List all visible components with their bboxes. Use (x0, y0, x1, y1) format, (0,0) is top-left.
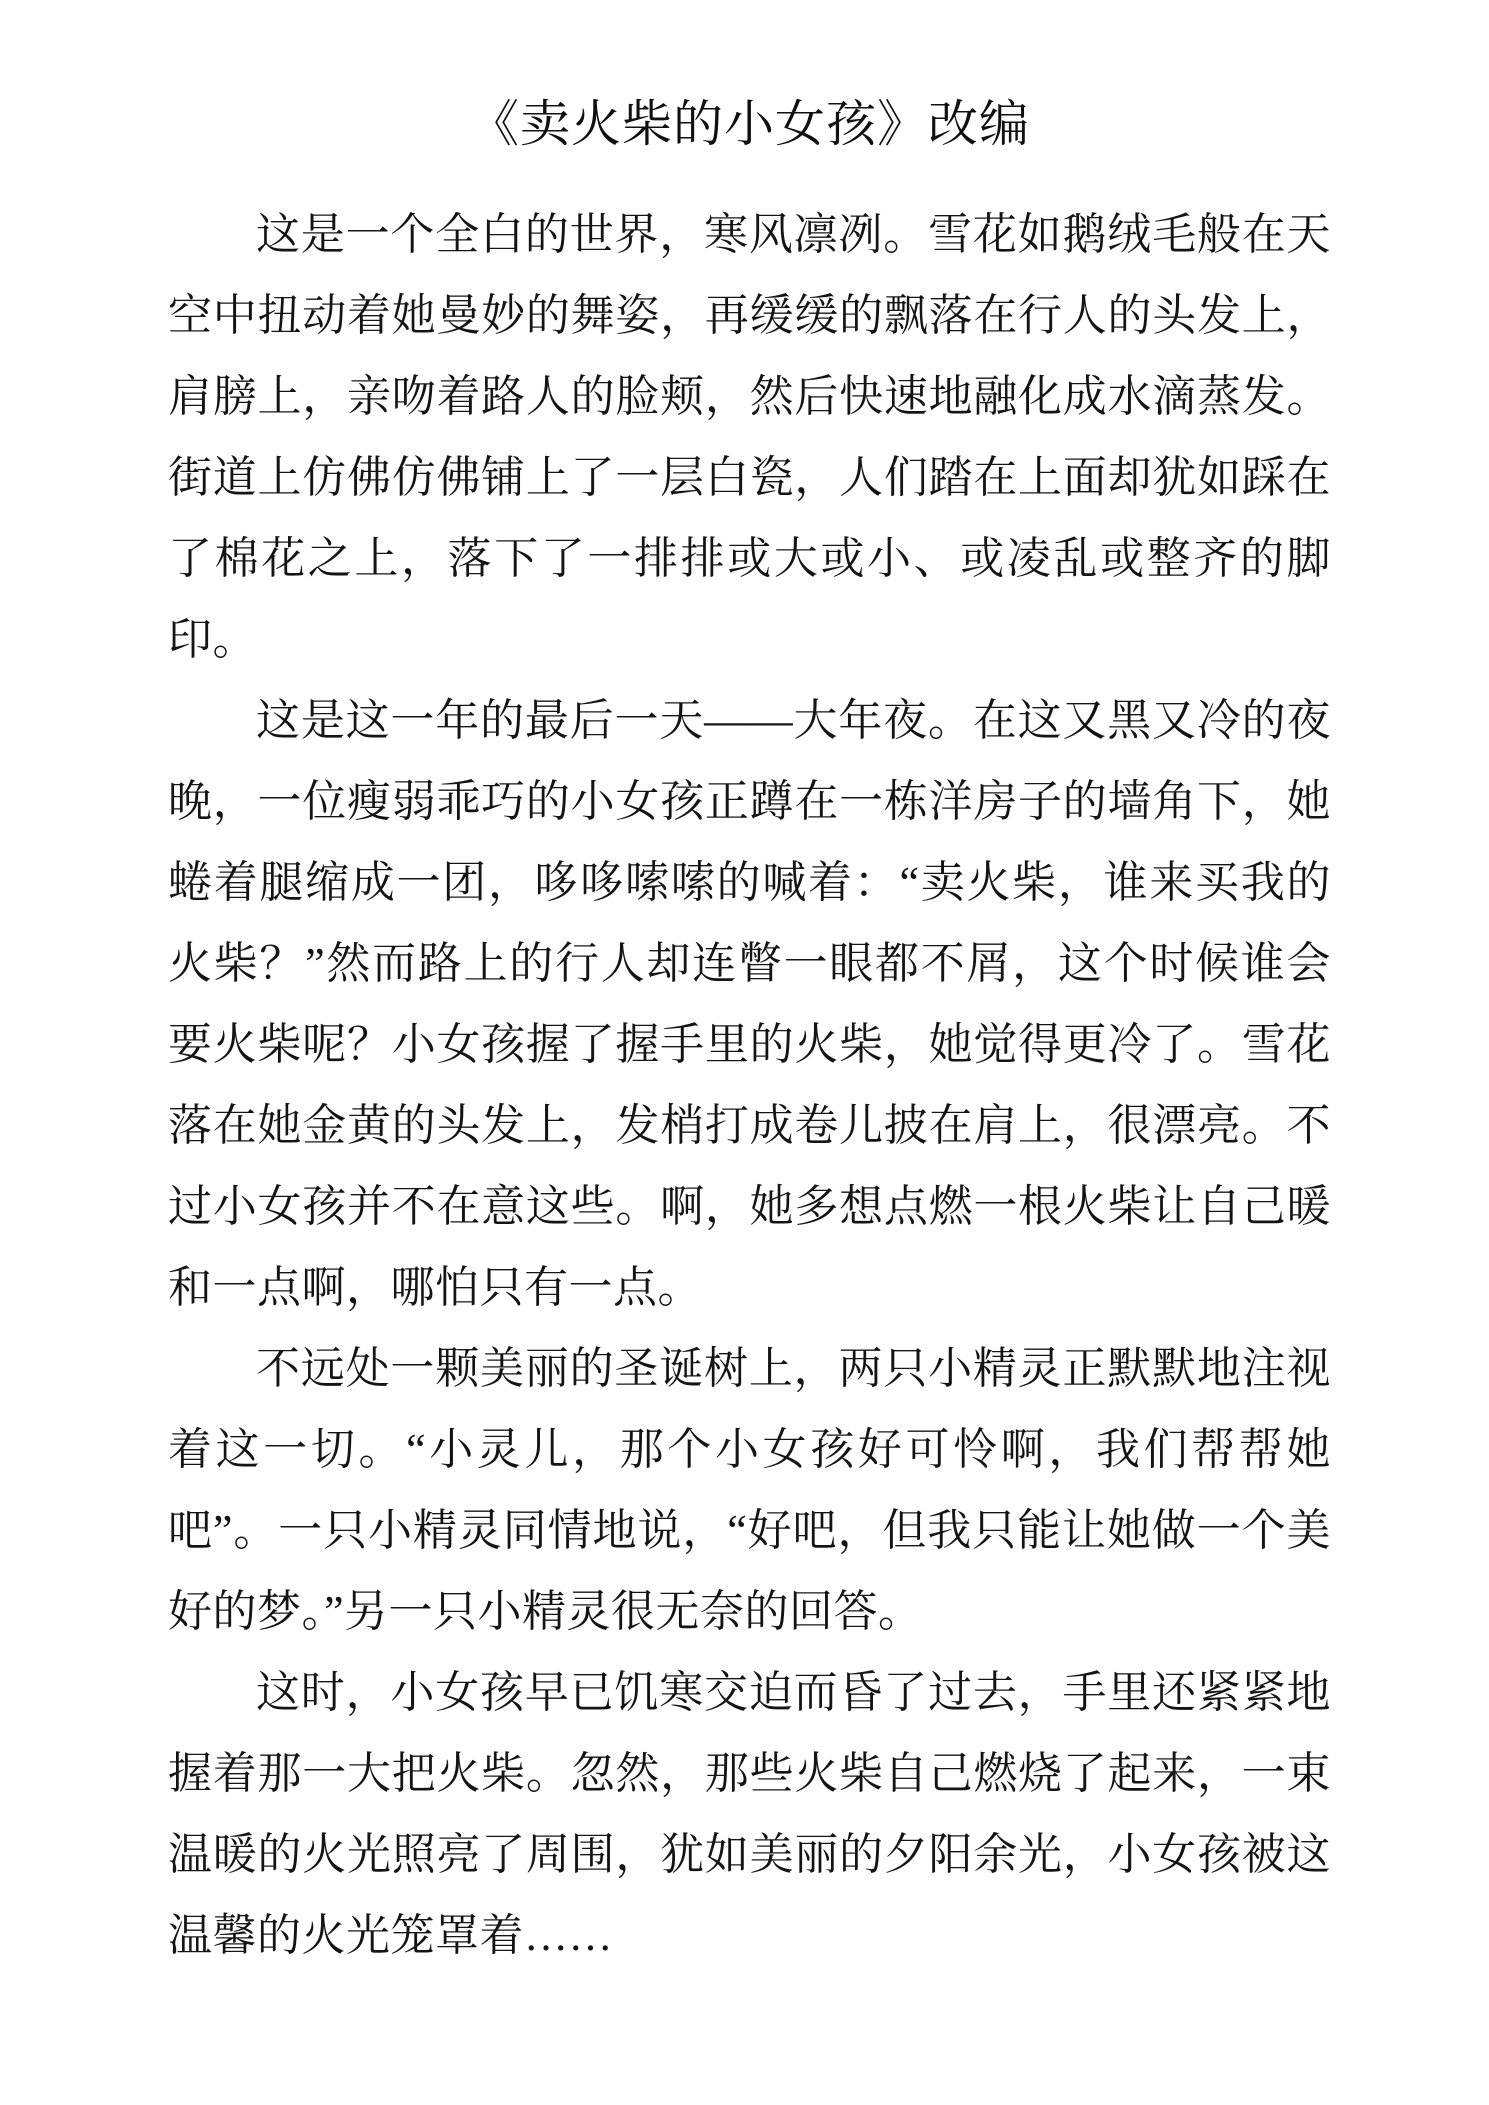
story-paragraph: 不远处一颗美丽的圣诞树上，两只小精灵正默默地注视着这一切。“小灵儿，那个小女孩好… (168, 1328, 1331, 1652)
story-paragraph: 这时，小女孩早已饥寒交迫而昏了过去，手里还紧紧地握着那一大把火柴。忽然，那些火柴… (168, 1652, 1331, 1976)
document-page: 《卖火柴的小女孩》改编 这是一个全白的世界，寒风凛冽。雪花如鹅绒毛般在天空中扭动… (0, 0, 1489, 2105)
story-paragraph: 这是这一年的最后一天——大年夜。在这又黑又冷的夜晚，一位瘦弱乖巧的小女孩正蹲在一… (168, 680, 1331, 1328)
document-body: 这是一个全白的世界，寒风凛冽。雪花如鹅绒毛般在天空中扭动着她曼妙的舞姿，再缓缓的… (168, 194, 1331, 1976)
story-paragraph: 这是一个全白的世界，寒风凛冽。雪花如鹅绒毛般在天空中扭动着她曼妙的舞姿，再缓缓的… (168, 194, 1331, 680)
document-title: 《卖火柴的小女孩》改编 (168, 88, 1331, 160)
